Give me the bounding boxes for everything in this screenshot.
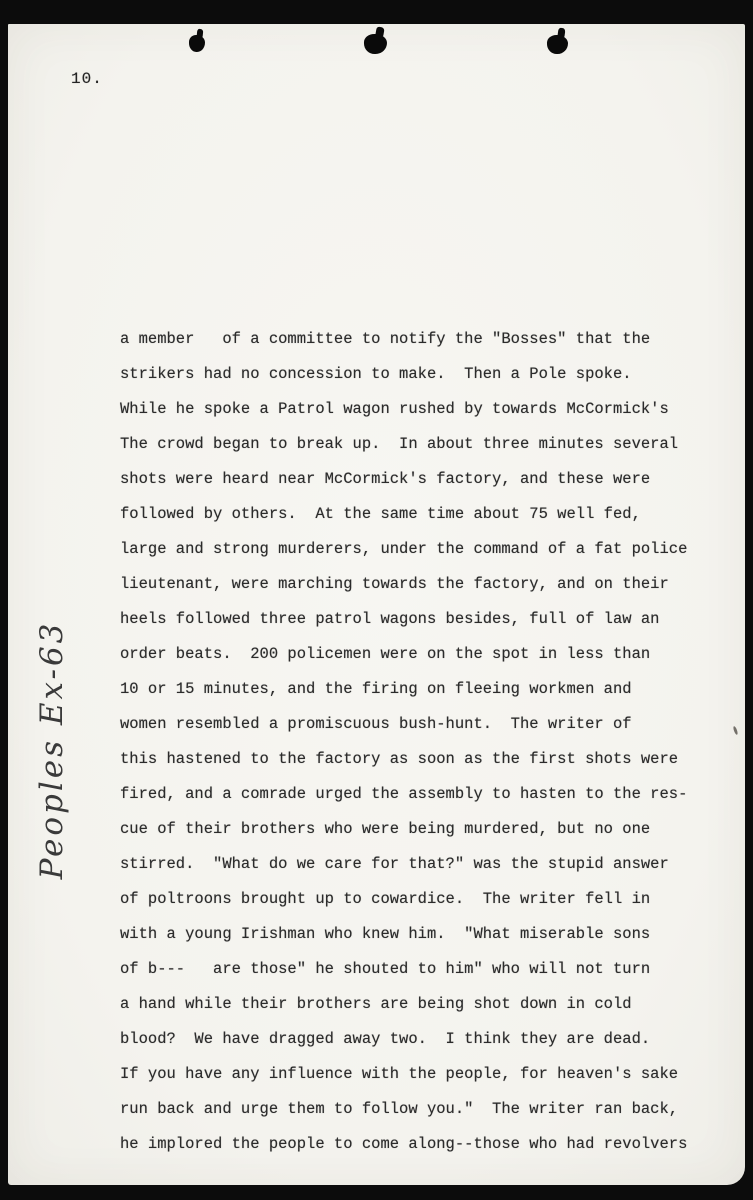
typed-line: a member of a committee to notify the "B…: [120, 322, 720, 357]
typed-line: 10 or 15 minutes, and the firing on flee…: [120, 672, 720, 707]
ink-speck: [733, 726, 739, 735]
scanned-document-photo: 10. Peoples Ex-63 a member of a committe…: [0, 0, 753, 1200]
typed-text-block: a member of a committee to notify the "B…: [120, 322, 720, 1162]
typed-line: The crowd began to break up. In about th…: [120, 427, 720, 462]
typed-line: While he spoke a Patrol wagon rushed by …: [120, 392, 720, 427]
typed-line: run back and urge them to follow you." T…: [120, 1092, 720, 1127]
typed-line: women resembled a promiscuous bush-hunt.…: [120, 707, 720, 742]
ink-blot-icon: [364, 34, 387, 54]
page-number: 10.: [71, 70, 103, 88]
typed-line: this hastened to the factory as soon as …: [120, 742, 720, 777]
typed-line: with a young Irishman who knew him. "Wha…: [120, 917, 720, 952]
handwritten-exhibit-label: Peoples Ex-63: [30, 610, 74, 890]
ink-blot-icon: [189, 35, 205, 52]
document-page: 10. Peoples Ex-63 a member of a committe…: [8, 24, 745, 1185]
typed-line: a hand while their brothers are being sh…: [120, 987, 720, 1022]
typed-line: lieutenant, were marching towards the fa…: [120, 567, 720, 602]
typed-line: he implored the people to come along--th…: [120, 1127, 720, 1162]
typed-line: cue of their brothers who were being mur…: [120, 812, 720, 847]
typed-line: heels followed three patrol wagons besid…: [120, 602, 720, 637]
typed-line: fired, and a comrade urged the assembly …: [120, 777, 720, 812]
typed-line: If you have any influence with the peopl…: [120, 1057, 720, 1092]
typed-line: of b--- are those" he shouted to him" wh…: [120, 952, 720, 987]
typed-line: large and strong murderers, under the co…: [120, 532, 720, 567]
typed-line: shots were heard near McCormick's factor…: [120, 462, 720, 497]
typed-line: strikers had no concession to make. Then…: [120, 357, 720, 392]
typed-line: order beats. 200 policemen were on the s…: [120, 637, 720, 672]
ink-blot-icon: [547, 35, 568, 54]
typed-line: blood? We have dragged away two. I think…: [120, 1022, 720, 1057]
typed-line: of poltroons brought up to cowardice. Th…: [120, 882, 720, 917]
typed-line: followed by others. At the same time abo…: [120, 497, 720, 532]
typed-line: stirred. "What do we care for that?" was…: [120, 847, 720, 882]
